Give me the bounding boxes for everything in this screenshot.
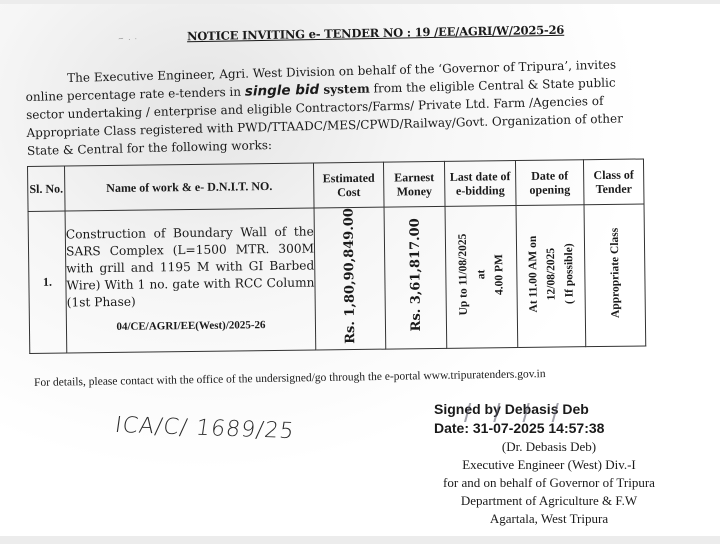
signature-checkmark-icon: //// — [464, 404, 581, 423]
header-class-of-tender: Class of Tender — [583, 159, 644, 205]
signatory-designation: Executive Engineer (West) Div.-I — [404, 456, 694, 474]
digital-signature: //// Signed by Debasis Deb Date: 31-07-2… — [404, 400, 694, 438]
last-date-line1: Up to 11/08/2025 — [457, 234, 470, 316]
cell-class-of-tender: Appropriate Class — [584, 204, 646, 346]
header-last-date: Last date of e-bidding — [444, 161, 516, 207]
intro-paragraph: The Executive Engineer, Agri. West Divis… — [25, 55, 657, 160]
earnest-money-value: Rs. 3,61,817.00 — [407, 218, 423, 331]
cell-name-of-work: Construction of Boundary Wall of the SAR… — [65, 208, 316, 353]
cell-last-date: Up to 11/08/2025at4.00 PM — [445, 206, 518, 349]
opening-line2: 12/08/2025 — [545, 247, 558, 300]
header-sl-no: Sl. No. — [28, 166, 66, 211]
work-description: Construction of Boundary Wall of the SAR… — [66, 224, 315, 312]
class-of-tender-value: Appropriate Class — [605, 227, 624, 317]
notice-title: NOTICE INVITING e- TENDER NO : 19 /EE/AG… — [187, 23, 564, 44]
date-of-opening-value: At 11.00 AM on12/08/2025( If possible) — [523, 235, 578, 312]
header-date-of-opening: Date of opening — [515, 160, 584, 206]
cell-earnest-money: Rs. 3,61,817.00 — [384, 206, 447, 348]
signatory-name: (Dr. Debasis Deb) — [404, 438, 694, 456]
cell-sl-no: 1. — [28, 211, 67, 353]
tender-table: Sl. No. Name of work & e- D.N.I.T. NO. E… — [27, 158, 646, 353]
signatory-location: Agartala, West Tripura — [404, 510, 694, 528]
signatory-behalf: for and on behalf of Governor of Tripura — [404, 474, 694, 492]
opening-line3: ( If possible) — [562, 243, 575, 304]
signatory-department: Department of Agriculture & F.W — [404, 492, 694, 510]
header-name-of-work: Name of work & e- D.N.I.T. NO. — [65, 163, 315, 211]
last-date-line2: at — [475, 269, 487, 279]
cell-estimated-cost: Rs. 1,80,90,849.00 — [314, 207, 386, 350]
header-estimated-cost: Estimated Cost — [313, 162, 384, 208]
cell-date-of-opening: At 11.00 AM on12/08/2025( If possible) — [516, 205, 586, 348]
contact-details-text: For details, please contact with the off… — [34, 368, 546, 389]
signature-block: //// Signed by Debasis Deb Date: 31-07-2… — [404, 400, 694, 528]
estimated-cost-value: Rs. 1,80,90,849.00 — [342, 208, 359, 344]
table-header-row: Sl. No. Name of work & e- D.N.I.T. NO. E… — [28, 159, 645, 212]
scan-smudge: ~ . . — [118, 33, 138, 43]
single-bid-emphasis: single bid — [245, 82, 320, 100]
handwritten-reference: ICA/C/ 1689/25 — [113, 413, 296, 444]
header-earnest-money: Earnest Money — [383, 161, 445, 207]
last-date-value: Up to 11/08/2025at4.00 PM — [454, 233, 509, 315]
last-date-line3: 4.00 PM — [493, 254, 505, 295]
system-word: system — [319, 82, 370, 97]
dnit-number: 04/CE/AGRI/EE(West)/2025-26 — [67, 317, 315, 337]
table-row: 1. Construction of Boundary Wall of the … — [28, 204, 646, 353]
opening-line1: At 11.00 AM on — [526, 235, 539, 312]
scanned-document-page: ~ . . NOTICE INVITING e- TENDER NO : 19 … — [0, 4, 720, 536]
sl-no-value: 1. — [43, 275, 52, 289]
